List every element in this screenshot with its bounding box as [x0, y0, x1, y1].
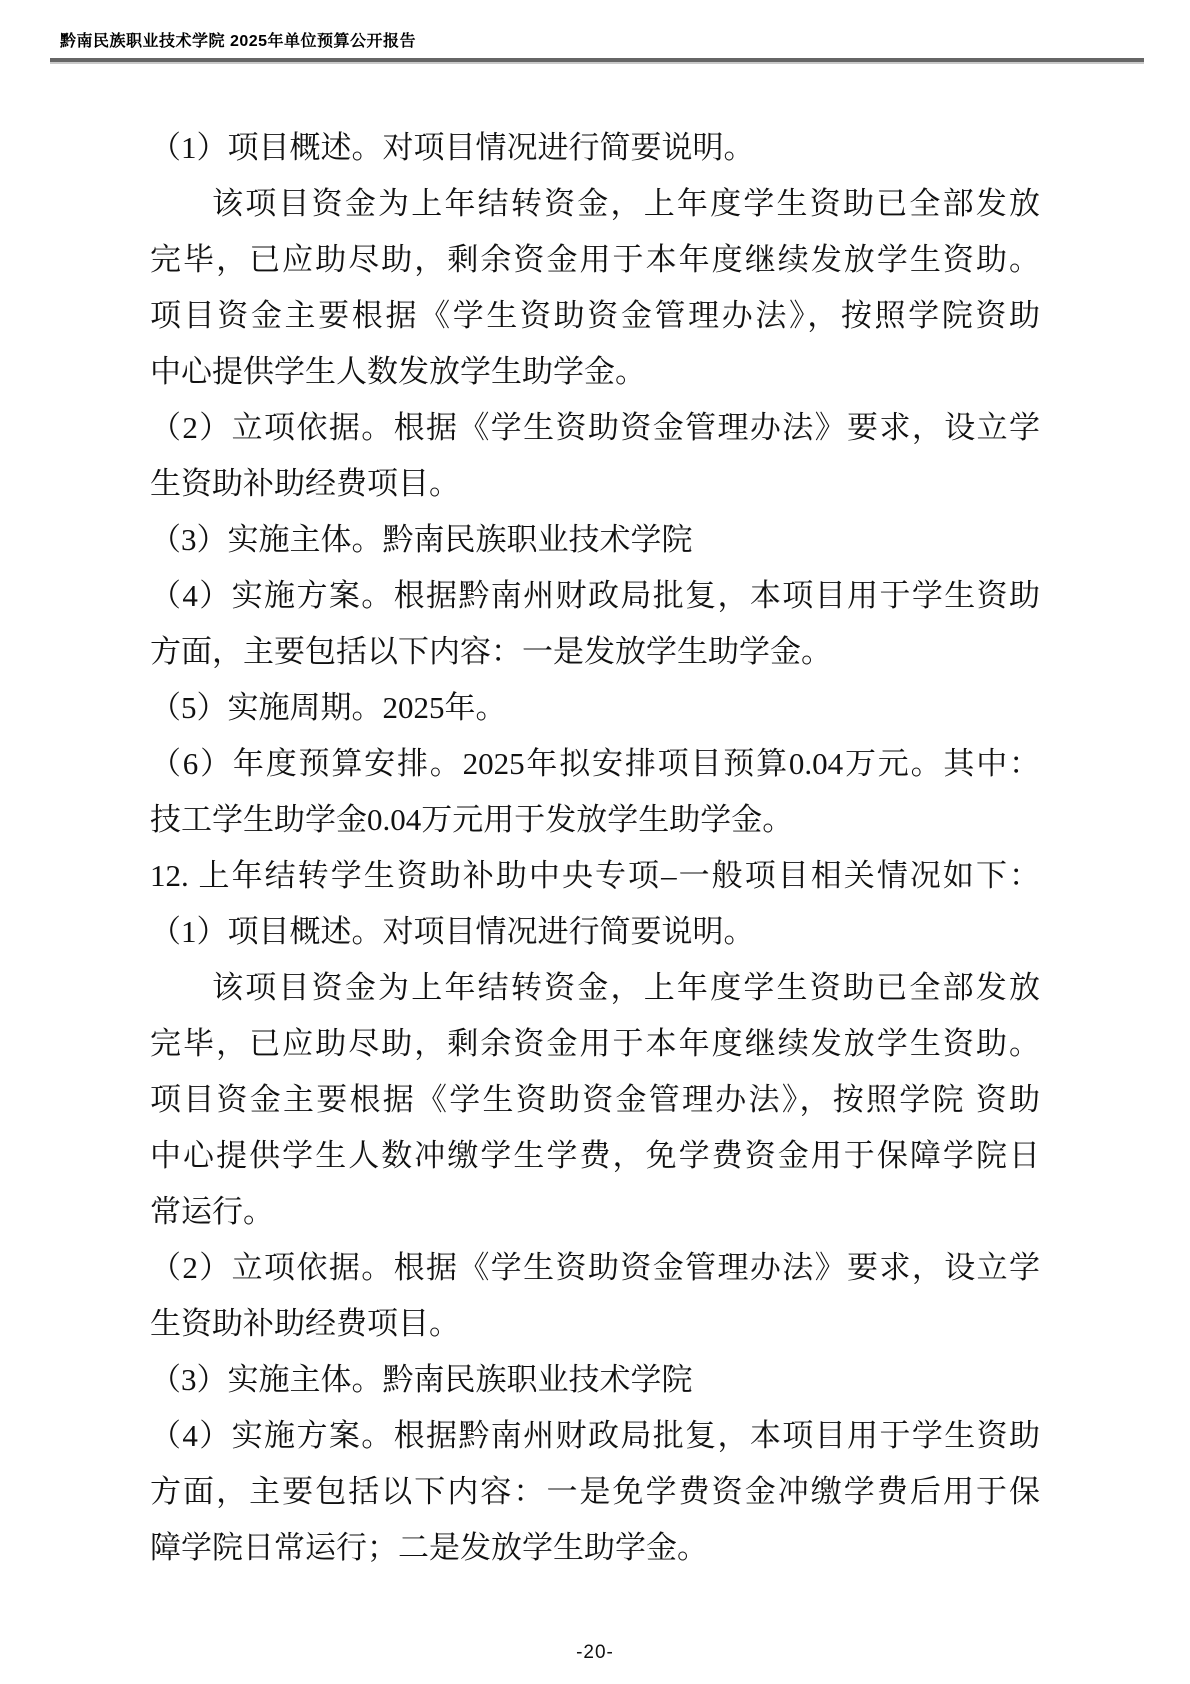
body-line: （4）实施方案。根据黔南州财政局批复，本项目用于学生资助 — [150, 1408, 1040, 1464]
body-line: 项目资金主要根据《学生资助资金管理办法》，按照学院 资助 — [150, 1072, 1040, 1128]
body-line: 中心提供学生人数发放学生助学金。 — [150, 344, 1040, 400]
body-line: 方面，主要包括以下内容：一是免学费资金冲缴学费后用于保 — [150, 1464, 1040, 1520]
body-line: （4）实施方案。根据黔南州财政局批复，本项目用于学生资助 — [150, 568, 1040, 624]
body-line: （6）年度预算安排。2025年拟安排项目预算0.04万元。其中： — [150, 736, 1040, 792]
body-line: 技工学生助学金0.04万元用于发放学生助学金。 — [150, 792, 1040, 848]
body-line: （3）实施主体。黔南民族职业技术学院 — [150, 1352, 1040, 1408]
header-divider — [50, 58, 1144, 64]
body-line: （1）项目概述。对项目情况进行简要说明。 — [150, 904, 1040, 960]
body-line: 常运行。 — [150, 1184, 1040, 1240]
body-line: 方面，主要包括以下内容：一是发放学生助学金。 — [150, 624, 1040, 680]
body-line: 该项目资金为上年结转资金，上年度学生资助已全部发放 — [150, 176, 1040, 232]
body-line: （2）立项依据。根据《学生资助资金管理办法》要求，设立学 — [150, 400, 1040, 456]
body-line: （2）立项依据。根据《学生资助资金管理办法》要求，设立学 — [150, 1240, 1040, 1296]
body-line: （5）实施周期。2025年。 — [150, 680, 1040, 736]
header-title: 黔南民族职业技术学院 2025年单位预算公开报告 — [50, 30, 1144, 54]
body-line: 该项目资金为上年结转资金，上年度学生资助已全部发放 — [150, 960, 1040, 1016]
body-line: 完毕，已应助尽助，剩余资金用于本年度继续发放学生资助。 — [150, 1016, 1040, 1072]
body-line: 障学院日常运行；二是发放学生助学金。 — [150, 1520, 1040, 1576]
body-line: 项目资金主要根据《学生资助资金管理办法》，按照学院资助 — [150, 288, 1040, 344]
page-header: 黔南民族职业技术学院 2025年单位预算公开报告 — [50, 30, 1144, 64]
body-line: 生资助补助经费项目。 — [150, 1296, 1040, 1352]
body-line: 中心提供学生人数冲缴学生学费，免学费资金用于保障学院日 — [150, 1128, 1040, 1184]
document-page: 黔南民族职业技术学院 2025年单位预算公开报告 （1）项目概述。对项目情况进行… — [0, 0, 1190, 1684]
page-footer: -20- — [0, 1642, 1190, 1664]
body-line: （1）项目概述。对项目情况进行简要说明。 — [150, 120, 1040, 176]
body-line: 12. 上年结转学生资助补助中央专项–一般项目相关情况如下： — [150, 848, 1040, 904]
body-line: 生资助补助经费项目。 — [150, 456, 1040, 512]
document-body: （1）项目概述。对项目情况进行简要说明。 该项目资金为上年结转资金，上年度学生资… — [150, 120, 1040, 1576]
body-line: （3）实施主体。黔南民族职业技术学院 — [150, 512, 1040, 568]
page-number: -20- — [576, 1642, 614, 1663]
body-line: 完毕，已应助尽助，剩余资金用于本年度继续发放学生资助。 — [150, 232, 1040, 288]
